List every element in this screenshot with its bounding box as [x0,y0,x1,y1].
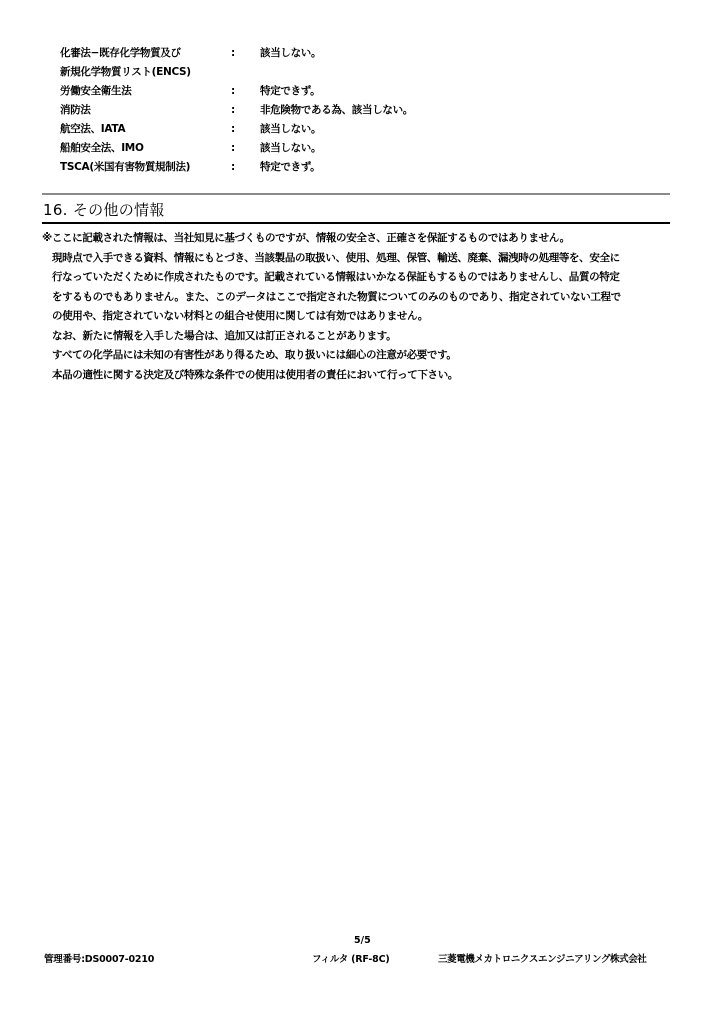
regulation-row-ship-safety: 船舶安全法、IMO : 該当しない。 [60,139,660,158]
regulation-colon: : [231,158,235,177]
regulation-value: 該当しない。 [260,120,321,139]
info-line: 行なっていただくために作成されたものです。記載されている情報はいかなる保証もする… [42,268,682,288]
section-heading: 16. その他の情報 [43,199,165,220]
regulation-colon: : [231,44,235,63]
regulation-row-fire-service: 消防法 : 非危険物である為、該当しない。 [60,101,660,120]
other-information-body: ※ここに記載された情報は、当社知見に基づくものですが、情報の安全さ、正確さを保証… [42,229,682,385]
regulation-value: 該当しない。 [260,139,321,158]
regulation-law: 航空法、IATA [60,120,232,139]
section-heading-underline [42,222,670,224]
regulation-law: 労働安全衛生法 [60,82,232,101]
regulation-row-aviation: 航空法、IATA : 該当しない。 [60,120,660,139]
regulation-law: 消防法 [60,101,232,120]
management-number: 管理番号:DS0007-0210 [44,951,154,965]
regulation-row-industrial-safety: 労働安全衛生法 : 特定できず。 [60,82,660,101]
regulation-law-line2: 新規化学物質リスト(ENCS) [60,66,191,78]
regulation-value: 特定できず。 [260,82,320,101]
info-line: なお、新たに情報を入手した場合は、追加又は訂正されることがあります。 [42,327,682,347]
regulations-table: 化審法−既存化学物質及び新規化学物質リスト(ENCS) : 該当しない。 労働安… [60,44,660,177]
product-name: フィルタ (RF-8C) [312,951,390,965]
company-name: 三菱電機メカトロニクスエンジニアリング株式会社 [438,951,646,965]
regulation-value: 該当しない。 [260,44,321,63]
regulation-row-encs: 化審法−既存化学物質及び新規化学物質リスト(ENCS) : 該当しない。 [60,44,660,82]
regulation-colon: : [231,139,235,158]
regulation-law: TSCA(米国有害物質規制法) [60,158,232,177]
regulation-colon: : [231,101,235,120]
info-line: すべての化学品には未知の有害性があり得るため、取り扱いには細心の注意が必要です。 [42,346,682,366]
regulation-law-line1: 化審法−既存化学物質及び [60,47,181,59]
regulation-value: 非危険物である為、該当しない。 [260,101,413,120]
regulation-colon: : [231,120,235,139]
regulation-law: 船舶安全法、IMO [60,139,232,158]
regulation-row-tsca: TSCA(米国有害物質規制法) : 特定できず。 [60,158,660,177]
regulation-colon: : [231,82,235,101]
info-line: 現時点で入手できる資料、情報にもとづき、当該製品の取扱い、使用、処理、保管、輸送… [42,249,682,269]
section-divider-top [42,193,670,195]
info-line-disclaimer: ※ここに記載された情報は、当社知見に基づくものですが、情報の安全さ、正確さを保証… [42,229,682,249]
info-line: をするものでもありません。また、このデータはここで指定された物質についてのみのも… [42,288,682,308]
info-line: 本品の適性に関する決定及び特殊な条件での使用は使用者の責任において行って下さい。 [42,366,682,386]
info-line: の使用や、指定されていない材料との組合せ使用に関しては有効ではありません。 [42,307,682,327]
regulation-value: 特定できず。 [260,158,320,177]
page-number: 5/5 [354,935,371,946]
regulation-law: 化審法−既存化学物質及び新規化学物質リスト(ENCS) [60,44,232,82]
